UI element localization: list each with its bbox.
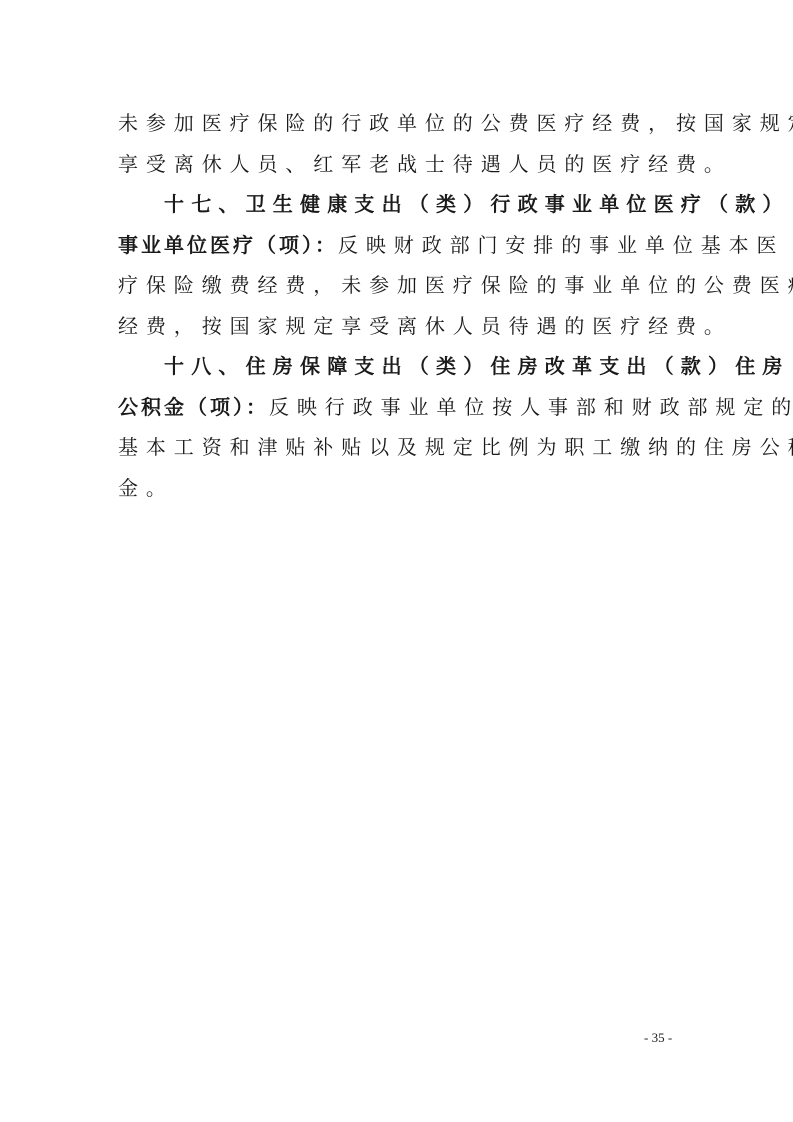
section-heading-17: 十七、卫生健康支出（类）行政事业单位医疗（款） bbox=[118, 184, 678, 225]
text-line: 金。 bbox=[118, 468, 678, 509]
page-number: - 35 - bbox=[644, 1030, 672, 1046]
section-heading-18: 十八、住房保障支出（类）住房改革支出（款）住房 bbox=[118, 346, 678, 387]
section-body-18: 反映行政事业单位按人事部和财政部规定的 bbox=[269, 395, 793, 419]
text-line: 事业单位医疗（项）：反映财政部门安排的事业单位基本医 bbox=[118, 225, 678, 266]
text-line: 基本工资和津贴补贴以及规定比例为职工缴纳的住房公积 bbox=[118, 427, 678, 468]
document-page: 未参加医疗保险的行政单位的公费医疗经费，按国家规定 享受离休人员、红军老战士待遇… bbox=[118, 103, 678, 508]
section-subheading-17: 事业单位医疗（项）： bbox=[118, 233, 338, 257]
text-line: 未参加医疗保险的行政单位的公费医疗经费，按国家规定 bbox=[118, 103, 678, 144]
text-line: 享受离休人员、红军老战士待遇人员的医疗经费。 bbox=[118, 144, 678, 185]
section-subheading-18: 公积金（项）： bbox=[118, 395, 269, 419]
text-line: 公积金（项）：反映行政事业单位按人事部和财政部规定的 bbox=[118, 387, 678, 428]
section-body-17: 反映财政部门安排的事业单位基本医 bbox=[338, 233, 784, 257]
text-line: 疗保险缴费经费，未参加医疗保险的事业单位的公费医疗 bbox=[118, 265, 678, 306]
text-line: 经费，按国家规定享受离休人员待遇的医疗经费。 bbox=[118, 306, 678, 347]
